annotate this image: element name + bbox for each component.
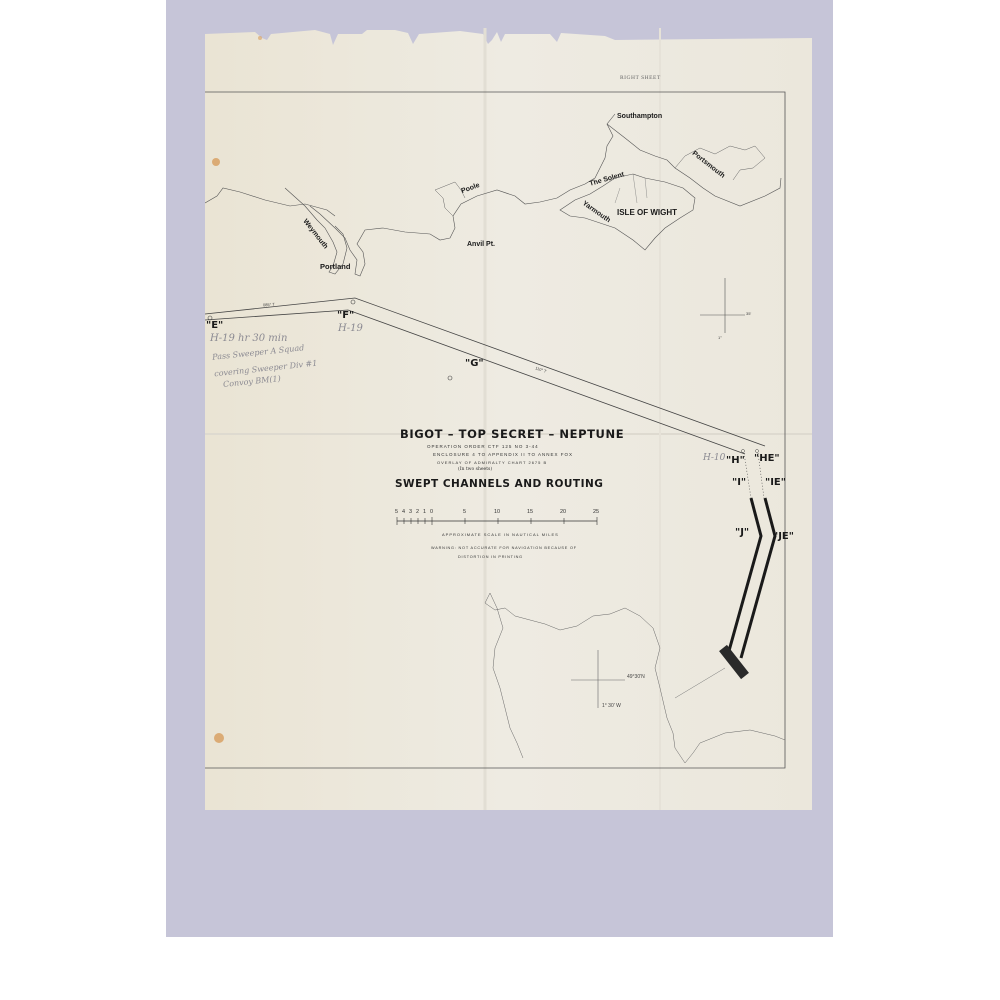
waypoint-f: "F" [337,311,354,321]
scale-tick: 10 [494,510,500,516]
scale-tick: 25 [593,510,599,516]
grid-lat-top: 35' [746,312,751,316]
chart-drawing [205,28,812,810]
grid-lat-bottom: 49°30'N [627,675,645,680]
enclosure-line: ENCLOSURE 4 TO APPENDIX II TO ANNEX FOX [433,453,573,458]
label-anvil-point: Anvil Pt. [467,241,495,248]
scale-tick: 1 [423,510,426,516]
warning-line1: WARNING: NOT ACCURATE FOR NAVIGATION BEC… [431,547,577,551]
waypoint-h: "H" [726,456,745,466]
handwritten-h-note: H-10 [703,454,725,463]
sheet-label: RIGHT SHEET [620,76,661,82]
sheets-note: (In two sheets) [458,468,492,473]
waypoint-he: "HE" [754,454,780,464]
label-southampton: Southampton [617,113,662,120]
label-isle-of-wight: ISLE OF WIGHT [617,209,677,217]
waypoint-g: "G" [465,359,484,369]
operation-order: OPERATION ORDER CTF 125 NO 3-44 [427,445,539,450]
waypoint-e: "E" [206,321,223,331]
overlay-line: OVERLAY OF ADMIRALTY CHART 2675 B [437,461,547,465]
scale-tick: 5 [463,510,466,516]
scale-tick: 2 [416,510,419,516]
grid-lon-bottom: 1° 30' W [602,704,621,709]
waypoint-je: "JE" [773,532,794,542]
scale-tick: 3 [409,510,412,516]
handwritten-note-line1: H-19 hr 30 min [210,334,287,344]
waypoint-i: "I" [732,478,746,488]
classification-title: BIGOT – TOP SECRET – NEPTUNE [400,429,624,441]
scale-tick: 5 [395,510,398,516]
grid-lon-top: 1° [718,336,722,340]
scale-tick: 20 [560,510,566,516]
course-ef: 085° T [263,303,275,308]
scale-tick: 0 [430,510,433,516]
scale-caption: APPROXIMATE SCALE IN NAUTICAL MILES [442,533,559,537]
scale-tick: 15 [527,510,533,516]
chart-title: SWEPT CHANNELS AND ROUTING [395,479,603,490]
waypoint-ie: "IE" [765,478,786,488]
scale-tick: 4 [402,510,405,516]
label-portland: Portland [320,263,350,271]
waypoint-j: "J" [735,528,749,538]
chart-sheet: RIGHT SHEET Southampton Portsmouth Poole… [205,28,812,810]
warning-line2: DISTORTION IN PRINTING [458,556,523,560]
handwritten-f-note: H-19 [338,324,363,334]
